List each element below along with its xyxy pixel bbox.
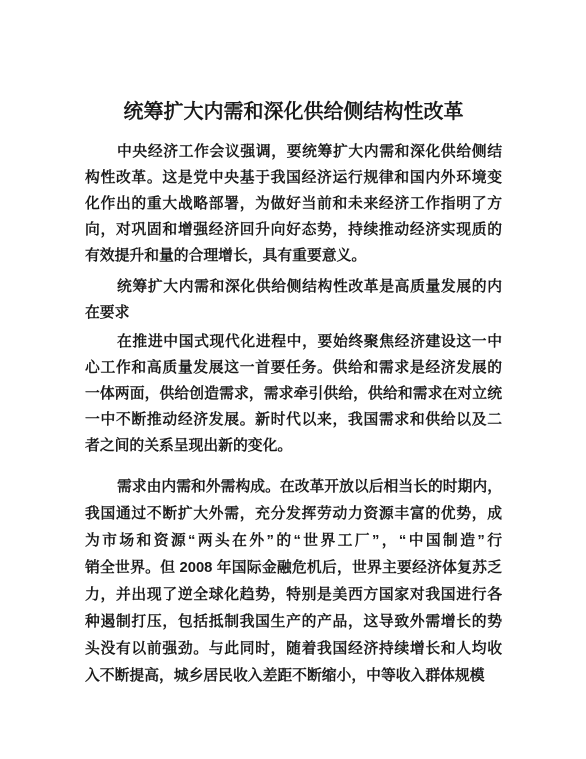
heading-line: 统筹扩大内需和深化供给侧结构性改革是高质量发展的内 (85, 274, 502, 300)
heading-line: 在要求 (85, 300, 502, 326)
paragraph-line: 中央经济工作会议强调，要统筹扩大内需和深化供给侧结 (85, 139, 502, 165)
paragraph-line: 入不断提高，城乡居民收入差距不断缩小，中等收入群体规模 (85, 663, 502, 690)
paragraph-line: 化作出的重大战略部署，为做好当前和未来经济工作指明了方 (85, 191, 502, 217)
paragraph-line: 头没有以前强劲。与此同时，随着我国经济持续增长和人均收 (85, 636, 502, 663)
document-title: 统筹扩大内需和深化供给侧结构性改革 (85, 98, 502, 126)
paragraph-line: 心工作和高质量发展这一首要任务。供给和需求是经济发展的 (85, 355, 502, 381)
paragraph-line: 一体两面，供给创造需求，需求牵引供给，供给和需求在对立统 (85, 381, 502, 407)
paragraph-line: 需求由内需和外需构成。在改革开放以后相当长的时期内， (85, 474, 502, 501)
section-heading: 统筹扩大内需和深化供给侧结构性改革是高质量发展的内 在要求 (85, 274, 502, 326)
document-page: 统筹扩大内需和深化供给侧结构性改革 中央经济工作会议强调，要统筹扩大内需和深化供… (0, 0, 586, 759)
paragraph-line: 销全世界。但 2008 年国际金融危机后，世界主要经济体复苏乏 (85, 555, 502, 582)
paragraph-line: 一中不断推动经济发展。新时代以来，我国需求和供给以及二 (85, 407, 502, 433)
paragraph-line: 者之间的关系呈现出新的变化。 (85, 433, 502, 459)
paragraph-line: 构性改革。这是党中央基于我国经济运行规律和国内外环境变 (85, 165, 502, 191)
paragraph-2: 在推进中国式现代化进程中，要始终聚焦经济建设这一中 心工作和高质量发展这一首要任… (85, 329, 502, 459)
paragraph-line: 有效提升和量的合理增长，具有重要意义。 (85, 243, 502, 269)
paragraph-line: 我国通过不断扩大外需，充分发挥劳动力资源丰富的优势，成 (85, 501, 502, 528)
paragraph-line: 向，对巩固和增强经济回升向好态势，持续推动经济实现质的 (85, 217, 502, 243)
paragraph-line: 为市场和资源“两头在外”的“世界工厂”，“中国制造”行 (85, 528, 502, 555)
paragraph-line: 在推进中国式现代化进程中，要始终聚焦经济建设这一中 (85, 329, 502, 355)
paragraph-3: 需求由内需和外需构成。在改革开放以后相当长的时期内， 我国通过不断扩大外需，充分… (85, 474, 502, 690)
paragraph-1: 中央经济工作会议强调，要统筹扩大内需和深化供给侧结 构性改革。这是党中央基于我国… (85, 139, 502, 269)
paragraph-line: 种遏制打压，包括抵制我国生产的产品，这导致外需增长的势 (85, 609, 502, 636)
paragraph-line: 力，并出现了逆全球化趋势，特别是美西方国家对我国进行各 (85, 582, 502, 609)
